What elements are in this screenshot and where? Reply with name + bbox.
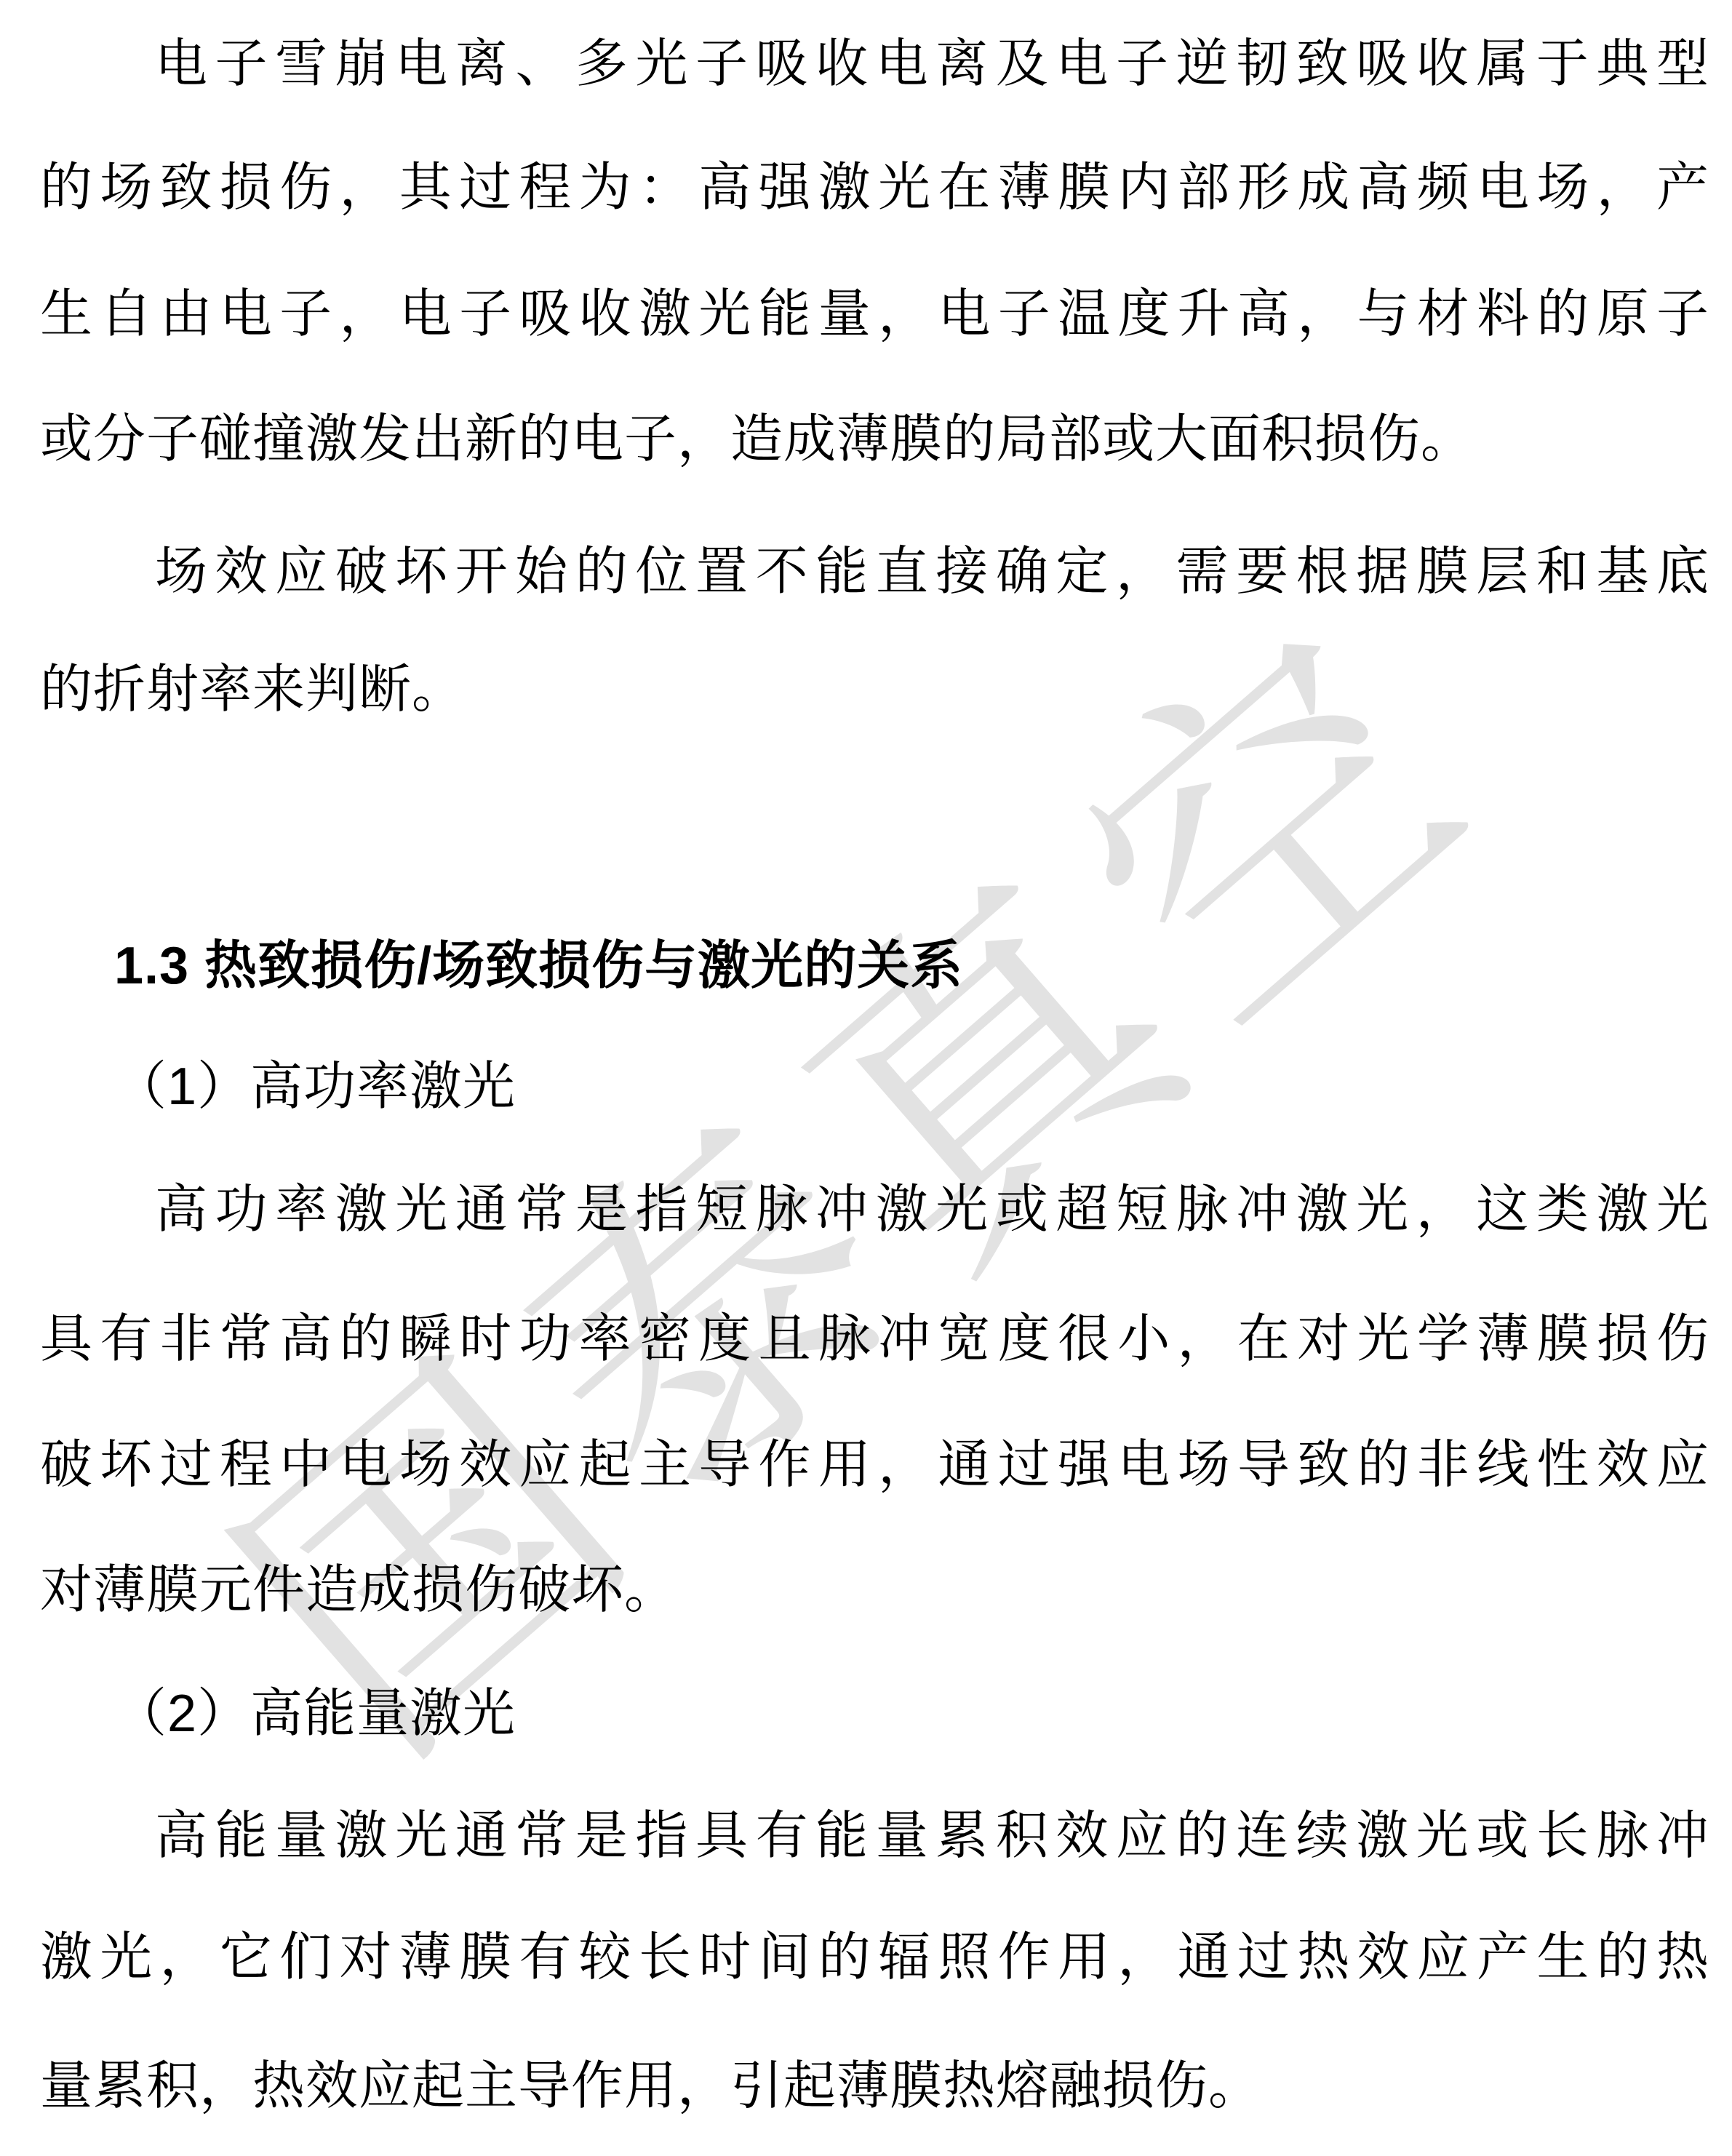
text-line: 激光，它们对薄膜有较长时间的辐照作用，通过热效应产生的热 <box>40 1924 1709 1992</box>
section-heading: 1.3 热致损伤/场致损伤与激光的关系 <box>114 933 963 1001</box>
text-line: （1）高功率激光 <box>114 1053 516 1122</box>
text-line: 对薄膜元件造成损伤破坏。 <box>40 1557 677 1625</box>
text-line: 或分子碰撞激发出新的电子，造成薄膜的局部或大面积损伤。 <box>40 406 1474 474</box>
text-line: 的折射率来判断。 <box>40 656 465 724</box>
document-page: 国泰真空 电子雪崩电离、多光子吸收电离及电子逆韧致吸收属于典型的场致损伤，其过程… <box>0 0 1732 2156</box>
text-line: 破坏过程中电场效应起主导作用，通过强电场导致的非线性效应 <box>40 1432 1709 1500</box>
text-line: 场效应破坏开始的位置不能直接确定，需要根据膜层和基底 <box>155 538 1709 607</box>
text-line: 具有非常高的瞬时功率密度且脉冲宽度很小，在对光学薄膜损伤 <box>40 1306 1709 1374</box>
text-line: 生自由电子，电子吸收激光能量，电子温度升高，与材料的原子 <box>40 281 1709 349</box>
text-line: 的场致损伤，其过程为：高强激光在薄膜内部形成高频电场，产 <box>40 154 1709 223</box>
text-line: 量累积，热效应起主导作用，引起薄膜热熔融损伤。 <box>40 2053 1261 2121</box>
text-line: 高功率激光通常是指短脉冲激光或超短脉冲激光，这类激光 <box>155 1176 1709 1245</box>
text-line: 电子雪崩电离、多光子吸收电离及电子逆韧致吸收属于典型 <box>155 31 1709 99</box>
text-line: （2）高能量激光 <box>114 1680 516 1749</box>
text-layer: 电子雪崩电离、多光子吸收电离及电子逆韧致吸收属于典型的场致损伤，其过程为：高强激… <box>0 0 1732 2156</box>
text-line: 高能量激光通常是指具有能量累积效应的连续激光或长脉冲 <box>155 1802 1709 1871</box>
